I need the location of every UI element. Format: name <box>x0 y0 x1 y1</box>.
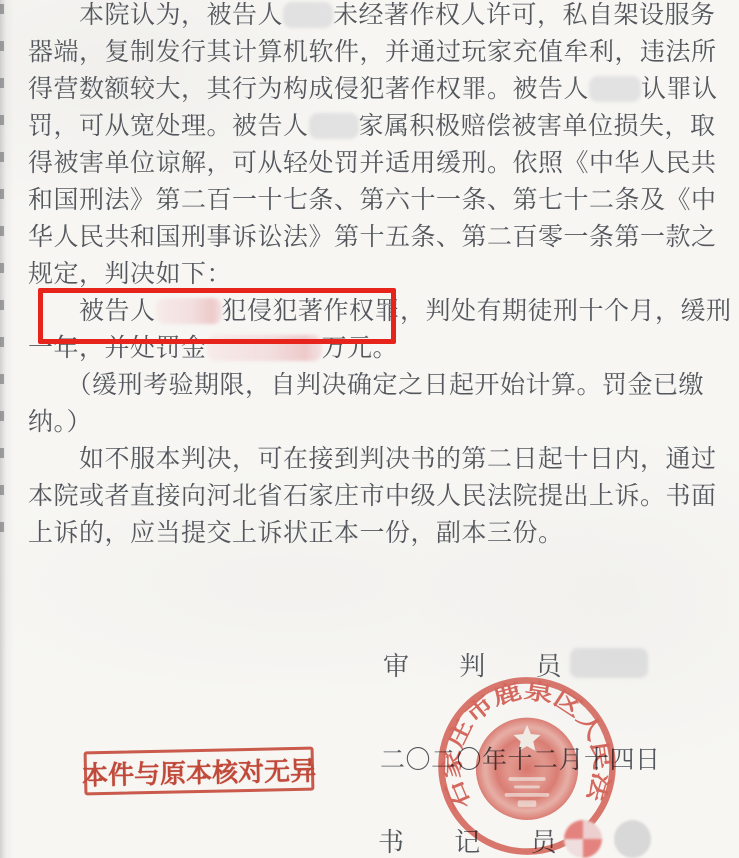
body-text: 本院认为，被告人未经著作权人许可，私自架设服务器端，复制发行其计算机软件，并通过… <box>28 0 718 551</box>
body-text-segment: 得营数额较大，其行为构成侵犯著作权罪。被告人 <box>28 74 589 103</box>
body-text-segment: 认罪认 <box>641 74 718 103</box>
body-line: 华人民共和国刑事诉讼法》第十五条、第二百零一条第一款之 <box>28 218 718 255</box>
body-line: 规定，判决如下： <box>28 255 718 292</box>
body-line: （缓刑考验期限，自判决确定之日起开始计算。罚金已缴 <box>28 366 718 403</box>
redacted-clerk-name-pink <box>564 820 602 858</box>
document-page: 本院认为，被告人未经著作权人许可，私自架设服务器端，复制发行其计算机软件，并通过… <box>0 0 739 858</box>
body-line: 本院或者直接向河北省石家庄市中级人民法院提出上诉。书面 <box>28 477 718 514</box>
redacted-clerk-name-gray <box>614 820 651 858</box>
body-text-segment: 万元。 <box>322 333 399 362</box>
body-text-segment: 纳。） <box>28 407 92 436</box>
redacted-text <box>156 298 222 324</box>
redacted-text <box>283 2 333 28</box>
body-line: 得被害单位谅解，可从轻处罚并适用缓刑。依照《中华人民共 <box>28 144 718 181</box>
body-line: 器端，复制发行其计算机软件，并通过玩家充值牟利，违法所 <box>28 33 718 70</box>
body-line: 本院认为，被告人未经著作权人许可，私自架设服务 <box>28 0 718 33</box>
body-text-segment: 器端，复制发行其计算机软件，并通过玩家充值牟利，违法所 <box>28 37 717 66</box>
body-text-segment: 华人民共和国刑事诉讼法》第十五条、第二百零一条第一款之 <box>28 222 717 251</box>
body-line: 一年，并处罚金万元。 <box>28 329 718 366</box>
scan-edge-artifacts <box>0 4 4 554</box>
body-line: 和国刑法》第二百一十七条、第六十一条、第七十二条及《中 <box>28 181 718 218</box>
body-text-segment: 本院认为，被告人 <box>28 0 283 29</box>
body-line: 得营数额较大，其行为构成侵犯著作权罪。被告人认罪认 <box>28 70 718 107</box>
body-text-segment: 家属积极赔偿被害单位损失，取 <box>359 111 716 140</box>
body-text-segment: 规定，判决如下： <box>28 259 232 288</box>
body-text-segment: 一年，并处罚金 <box>28 333 207 362</box>
redacted-text <box>207 335 322 361</box>
body-line: 罚，可从宽处理。被告人家属积极赔偿被害单位损失，取 <box>28 107 718 144</box>
body-line: 纳。） <box>28 403 718 440</box>
body-text-segment: 被告人 <box>28 296 156 325</box>
body-text-segment: 犯侵犯著作权罪，判处有期徒刑十个月，缓刑 <box>222 296 732 325</box>
redacted-text <box>589 76 641 102</box>
body-text-segment: （缓刑考验期限，自判决确定之日起开始计算。罚金已缴 <box>28 370 704 399</box>
redacted-text <box>309 113 359 139</box>
verification-stamp-text: 本件与原本核对无异 <box>82 750 317 792</box>
body-line: 如不服本判决，可在接到判决书的第二日起十日内，通过 <box>28 440 718 477</box>
body-line: 上诉的，应当提交上诉状正本一份，副本三份。 <box>28 514 718 551</box>
body-line: 被告人犯侵犯著作权罪，判处有期徒刑十个月，缓刑 <box>28 292 718 329</box>
body-text-segment: 如不服本判决，可在接到判决书的第二日起十日内，通过 <box>28 444 717 473</box>
body-text-segment: 未经著作权人许可，私自架设服务 <box>333 0 716 29</box>
body-text-segment: 得被害单位谅解，可从轻处罚并适用缓刑。依照《中华人民共 <box>28 148 717 177</box>
body-text-segment: 和国刑法》第二百一十七条、第六十一条、第七十二条及《中 <box>28 185 717 214</box>
body-text-segment: 罚，可从宽处理。被告人 <box>28 111 309 140</box>
body-text-segment: 本院或者直接向河北省石家庄市中级人民法院提出上诉。书面 <box>28 481 717 510</box>
verification-stamp: 本件与原本核对无异 <box>84 747 315 796</box>
body-text-segment: 上诉的，应当提交上诉状正本一份，副本三份。 <box>28 518 564 547</box>
